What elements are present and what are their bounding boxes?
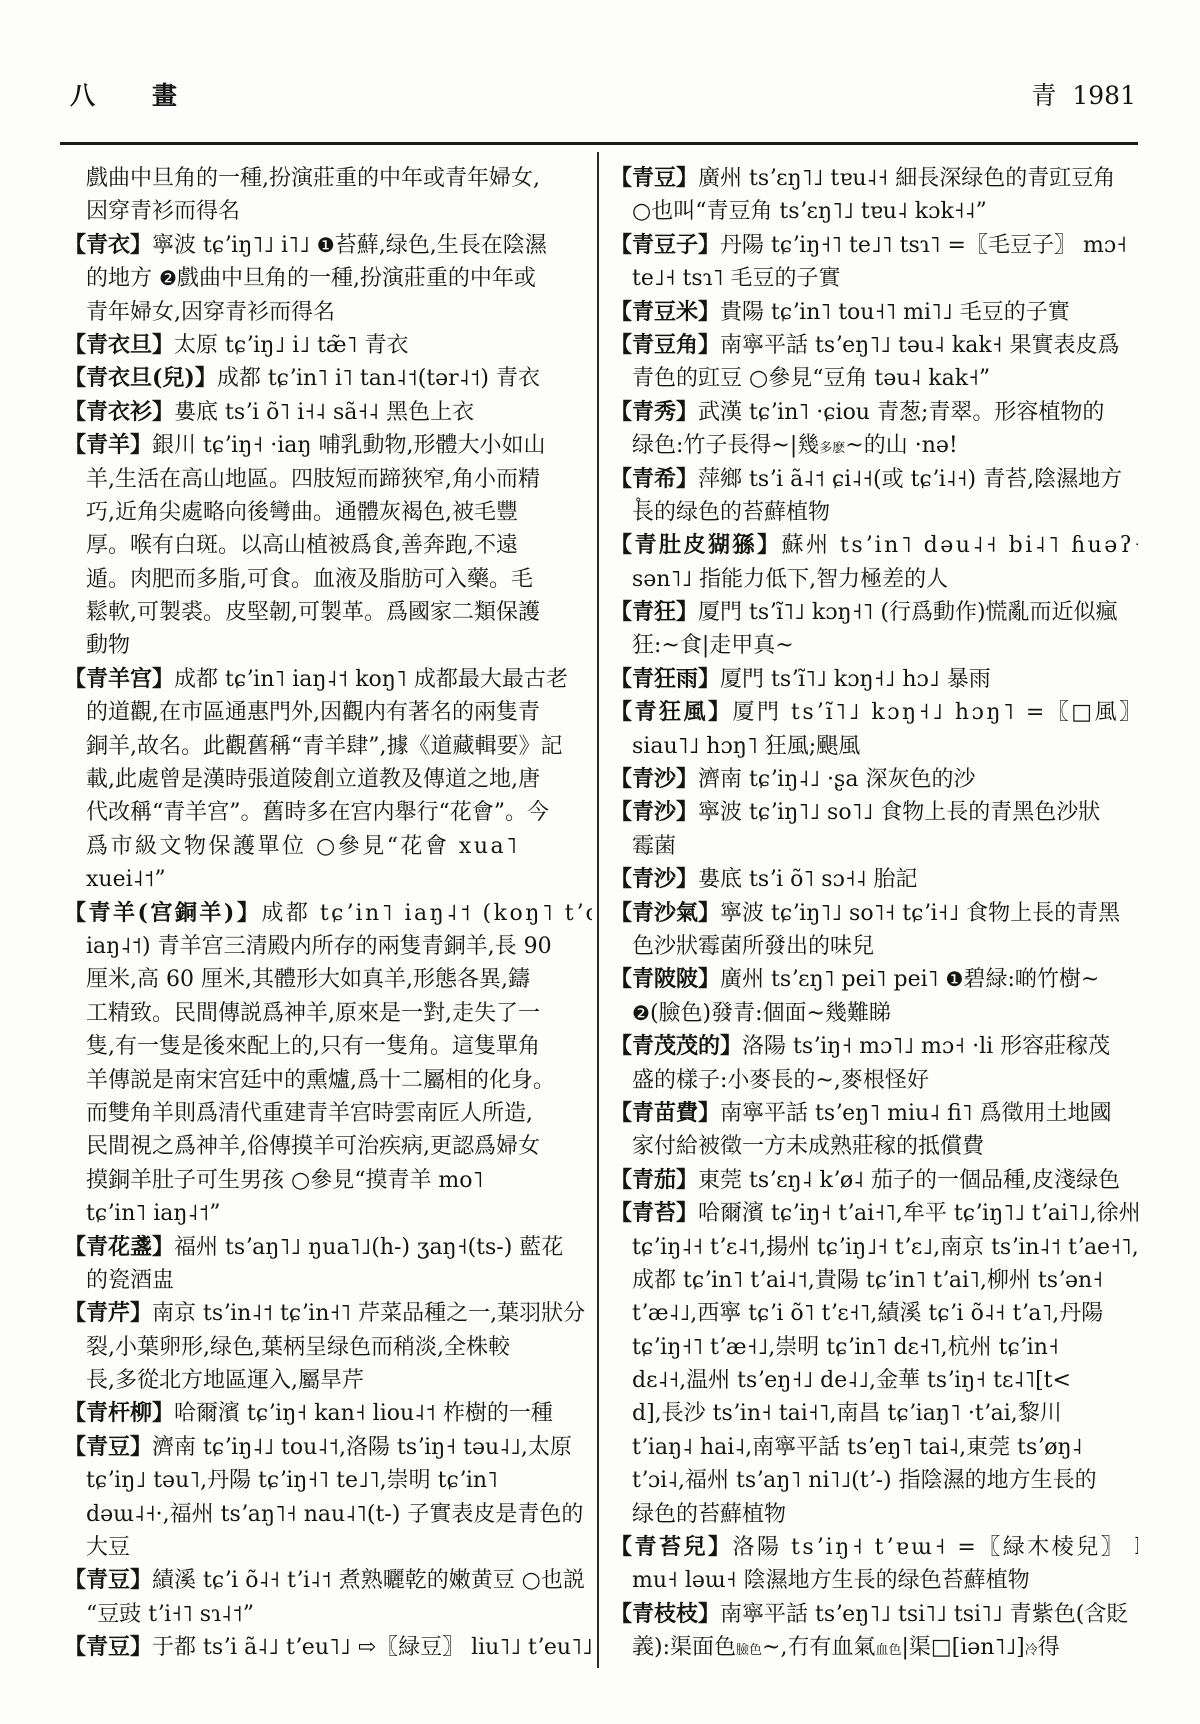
line-text: |渠□[iən˥˩] (901, 1635, 1024, 1660)
dictionary-line: 摸銅羊肚子可生男孩 ○參見“摸青羊 mo˥ (64, 1164, 592, 1197)
line-text: 羊,生活在高山地區。四肢短而蹄狹窄,角小而精 (86, 467, 540, 492)
line-text: xuei˨˦” (86, 867, 166, 892)
line-text: 貴陽 tɕʼin˥ tou˧˥ mi˥˩ 毛豆的子實 (720, 300, 1070, 325)
line-text: dɛ˨˧,温州 tsʼeŋ˧˩ de˨˩,金華 tsʼiŋ˧ tɛ˨˥[t< (632, 1368, 1071, 1393)
line-text: 東莞 tsʼɛŋ˨ kʼø˨ 茄子的一個品種,皮淺绿色 (698, 1168, 1120, 1193)
line-text: 碧緑:啲竹樹~ (963, 967, 1099, 992)
line-text: 厘米,高 60 厘米,其體形大如真羊,形態各異,鑄 (86, 967, 530, 992)
entry-headword: 【青豆】 (64, 1567, 152, 1593)
dictionary-line: 而雙角羊則爲清代重建青羊宫時雲南匠人所造, (64, 1097, 592, 1130)
line-text: 丹陽 tɕʼiŋ˧˥ te˩˥ tsɿ˥ =〖毛豆子〗 mɔ˧ (720, 233, 1127, 258)
dictionary-line: 盛的樣子:小麥長的~,麥根怪好 (610, 1064, 1138, 1097)
line-text: tʼɔi˨,福州 tsʼaŋ˥ ni˥˩(tʼ-) 指陰濕的地方生長的 (632, 1468, 1097, 1493)
line-text: 寧波 tɕʼiŋ˥˩ so˥˩ 食物上長的青黑色沙狀 (698, 800, 1100, 825)
line-text: 民間視之爲神羊,俗傳摸羊可治疾病,更認爲婦女 (86, 1134, 540, 1159)
line-text: 青色的豇豆 ○參見“豆角 təu˨ kak˧” (632, 366, 990, 391)
dictionary-line: 【青衣旦(兒)】成都 tɕʼin˥ i˥ tan˨˦(tər˨˦) 青衣 (64, 362, 592, 395)
line-text: 厚。喉有白斑。以高山植被爲食,善奔跑,不遠 (86, 533, 518, 558)
line-text: dəɯ˨˧·,福州 tsʼaŋ˥˧ nau˨˥(t-) 子實表皮是青色的 (86, 1502, 583, 1527)
line-text: 廣州 tsʼɛŋ˥ pei˥ pei˥ (720, 967, 946, 992)
entry-headword: 【青杆柳】 (64, 1400, 174, 1426)
line-text: 哈爾濱 tɕʼiŋ˧ tʼai˧˥,牟平 tɕʼiŋ˥˩ tʼai˥˩,徐州 (698, 1201, 1138, 1226)
line-text: siau˥˩ hɔŋ˥ 狂風;颶風 (632, 734, 860, 759)
dictionary-line: 的瓷酒盅 (64, 1264, 592, 1297)
sense-number: ❶ (946, 967, 964, 991)
dictionary-line: 【青苗費】南寧平話 tsʼeŋ˥ miu˨ fi˥ 爲徵用土地國 (610, 1097, 1138, 1130)
entry-headword: 【青狂風】 (610, 699, 733, 725)
dictionary-line: 绿色的苔蘚植物 (610, 1498, 1138, 1531)
line-text: 萍鄉 tsʼi ã˨˦ ɕi˨˧(或 tɕʼi˨˧) 青苔,陰濕地方 (698, 467, 1122, 492)
dictionary-line: tɕʼiŋ˧˥ tʼæ˧˩,崇明 tɕʼin˥ dɛ˧˥,杭州 tɕʼin˧ (610, 1331, 1138, 1364)
dictionary-line: 裂,小葉卵形,绿色,葉柄呈绿色而稍淡,全株較 (64, 1331, 592, 1364)
dictionary-line: 【青狂風】厦門 tsʼĩ˥˩ kɔŋ˧˩ hɔŋ˥ =〖□風〗 (610, 696, 1138, 729)
line-text: 色沙狀霉菌所發出的味兒 (632, 934, 874, 959)
entry-headword: 【青茂茂的】 (610, 1033, 742, 1059)
column-divider (597, 152, 599, 1668)
dictionary-line: 【青豆子】丹陽 tɕʼiŋ˧˥ te˩˥ tsɿ˥ =〖毛豆子〗 mɔ˧ (610, 229, 1138, 262)
line-text: 青年婦女,因穿青衫而得名 (86, 300, 335, 325)
line-text: 裂,小葉卵形,绿色,葉柄呈绿色而稍淡,全株較 (86, 1335, 510, 1360)
line-text: 載,此處曾是漢時張道陵創立道教及傳道之地,唐 (86, 767, 540, 792)
line-text: 摸銅羊肚子可生男孩 ○參見“摸青羊 mo˥ (86, 1168, 483, 1193)
dictionary-line: 【青茂茂的】洛陽 tsʼiŋ˧ mɔ˥˩ mɔ˧ ·li 形容莊稼茂 (610, 1030, 1138, 1063)
sense-number: ❷ (632, 1001, 650, 1025)
dictionary-line: 羊,生活在高山地區。四肢短而蹄狹窄,角小而精 (64, 463, 592, 496)
line-text: 大豆 (86, 1535, 130, 1560)
line-text: 盛的樣子:小麥長的~,麥根怪好 (632, 1068, 929, 1093)
entry-headword: 【青苗費】 (610, 1100, 720, 1126)
entry-headword: 【青花盞】 (64, 1234, 174, 1260)
line-text: 濟南 tɕʼiŋ˨˩ ·ʂa 深灰色的沙 (698, 767, 975, 792)
line-text: 厦門 tsʼĩ˥˩ kɔŋ˧˩ hɔŋ˥ =〖□風〗 (733, 700, 1138, 725)
line-text: 婁底 tsʼi õ˥ sɔ˧˨ 胎記 (698, 867, 918, 892)
dictionary-line: 因穿青衫而得名 (64, 195, 592, 228)
dictionary-line: dəɯ˨˧·,福州 tsʼaŋ˥˧ nau˨˥(t-) 子實表皮是青色的 (64, 1498, 592, 1531)
small-gloss: 多麽 (819, 441, 845, 456)
entry-headword: 【青肚皮猢猻】 (610, 532, 782, 558)
entry-headword: 【青衣衫】 (64, 399, 174, 425)
line-text: 爲市級文物保護單位 ○參見“花會 xua˥ (86, 834, 519, 859)
small-gloss: 血色 (875, 1643, 901, 1658)
dictionary-line: 绿色:竹子長得~|幾多麽~的山 ·nə! (610, 429, 1138, 462)
line-text: 工精致。民間傳説爲神羊,原來是一對,走失了一 (86, 1001, 540, 1026)
dictionary-line: 青色的豇豆 ○參見“豆角 təu˨ kak˧” (610, 362, 1138, 395)
line-text: (臉色)發青:個面~幾難睇 (650, 1001, 891, 1026)
dictionary-line: 【青豆】績溪 tɕʼi õ˨˧ tʼi˨˦ 煮熟曬乾的嫩黄豆 ○也説 (64, 1564, 592, 1597)
dictionary-line: 義):渠面色臉色~,冇有血氣血色|渠□[iən˥˩]冷得 (610, 1631, 1138, 1664)
entry-headword: 【青豆子】 (610, 232, 720, 258)
line-text: ~的山 ·nə! (845, 433, 957, 458)
line-text: 福州 tsʼaŋ˥˩ ŋua˥˩(h-) ʒaŋ˧(ts-) 藍花 (174, 1235, 563, 1260)
line-text: ~,冇有血氣 (762, 1635, 875, 1660)
dictionary-line: 巧,近角尖處略向後彎曲。通體灰褐色,被毛豐 (64, 496, 592, 529)
dictionary-line: d],長沙 tsʼin˧ tai˧˥,南昌 tɕʼiaŋ˥ ·tʼai,黎川 (610, 1397, 1138, 1430)
line-text: sən˥˩ 指能力低下,智力極差的人 (632, 567, 948, 592)
line-text: 成都 tɕʼin˥ tʼai˨˦,貴陽 tɕʼin˥ tʼai˥,柳州 tsʼə… (632, 1268, 1103, 1293)
dictionary-line: 【青豆】于都 tsʼi ã˨˩ tʼeu˥˩ ⇨〖緑豆〗 liu˥˩ tʼeu˥… (64, 1631, 592, 1664)
line-text: 婁底 tsʼi õ˥ i˧˨ sã˧˨ 黑色上衣 (174, 400, 474, 425)
dictionary-line: 載,此處曾是漢時張道陵創立道教及傳道之地,唐 (64, 763, 592, 796)
entry-headword: 【青狂】 (610, 599, 698, 625)
dictionary-line: 【青沙】婁底 tsʼi õ˥ sɔ˧˨ 胎記 (610, 863, 1138, 896)
line-text: 動物 (86, 633, 130, 658)
dictionary-line: 【青狂雨】厦門 tsʼĩ˥˩ kɔŋ˧˩ hɔ˩ 暴雨 (610, 663, 1138, 696)
header-rule (60, 142, 1138, 145)
entry-headword: 【青衣】 (64, 232, 152, 258)
line-text: 濟南 tɕʼiŋ˨˩ tou˨˦,洛陽 tsʼiŋ˧ təu˨˩,太原 (152, 1435, 572, 1460)
dictionary-line: 【青豆】廣州 tsʼɛŋ˥˩ tɐu˨˧ 細長深绿色的青豇豆角 (610, 162, 1138, 195)
dictionary-line: 的道觀,在市區通惠門外,因觀内有著名的兩隻青 (64, 696, 592, 729)
entry-headword: 【青狂雨】 (610, 666, 720, 692)
entry-headword: 【青枝枝】 (610, 1601, 720, 1627)
line-text: 南寧平話 tsʼeŋ˥ miu˨ fi˥ 爲徵用土地國 (720, 1101, 1112, 1126)
dictionary-line: 成都 tɕʼin˥ tʼai˨˦,貴陽 tɕʼin˥ tʼai˥,柳州 tsʼə… (610, 1264, 1138, 1297)
entry-headword: 【青豆】 (64, 1634, 152, 1660)
line-text: 寧波 tɕʼiŋ˥˩ so˥˧ tɕʼi˧˩ 食物上長的青黑 (720, 901, 1120, 926)
line-text: 成都 tɕʼin˥ i˥ tan˨˦(tər˨˦) 青衣 (217, 366, 540, 391)
line-text: 苔蘚,绿色,生長在陰濕 (335, 233, 547, 258)
dictionary-line: tʼæ˨˩,西寧 tɕʼi õ˥ tʼɛ˧˥,績溪 tɕʼi õ˨˧ tʼa˥,… (610, 1297, 1138, 1330)
line-text: 绿色的苔蘚植物 (632, 1502, 786, 1527)
line-text: 哈爾濱 tɕʼiŋ˧ kan˧ liou˨˦ 柞樹的一種 (174, 1401, 553, 1426)
entry-headword: 【青沙】 (610, 866, 698, 892)
entry-headword: 【青豆角】 (610, 332, 720, 358)
line-text: 的道觀,在市區通惠門外,因觀内有著名的兩隻青 (86, 700, 540, 725)
entry-headword: 【青陂陂】 (610, 966, 720, 992)
line-text: 寧波 tɕʼiŋ˥˩ i˥˩ (152, 233, 317, 258)
dictionary-line: 【青肚皮猢猻】蘇州 tsʼin˥ dəu˨˧ bi˨˥ ɦuəʔ˧˨ (610, 529, 1138, 562)
line-text: tʼiaŋ˨ hai˨,南寧平話 tsʼeŋ˥ tai˨,東莞 tsʼøŋ˨ (632, 1435, 1083, 1460)
line-text: 成都 tɕʼin˥ iaŋ˨˦ koŋ˥ 成都最大最古老 (174, 667, 568, 692)
dictionary-line: 【青羊宫】成都 tɕʼin˥ iaŋ˨˦ koŋ˥ 成都最大最古老 (64, 663, 592, 696)
dictionary-line: tɕʼiŋ˩ təu˥,丹陽 tɕʼiŋ˧˥ te˩˥,崇明 tɕʼin˥ (64, 1464, 592, 1497)
left-column: 戲曲中旦角的一種,扮演莊重的中年或青年婦女,因穿青衫而得名【青衣】寧波 tɕʼi… (64, 162, 592, 1665)
line-text: 家付給被徵一方未成熟莊稼的抵償費 (632, 1134, 984, 1159)
dictionary-line: 長,多從北方地區運入,屬旱芹 (64, 1364, 592, 1397)
line-text: tɕʼin˥ iaŋ˨˦” (86, 1201, 220, 1226)
dictionary-line: iaŋ˨˦) 青羊宫三清殿内所存的兩隻青銅羊,長 90 (64, 930, 592, 963)
dictionary-line: 【青羊(宫銅羊)】成都 tɕʼin˥ iaŋ˨˦ (koŋ˥ tʼoŋ˨˦ (64, 897, 592, 930)
dictionary-line: 【青杆柳】哈爾濱 tɕʼiŋ˧ kan˧ liou˨˦ 柞樹的一種 (64, 1397, 592, 1430)
dictionary-line: dɛ˨˧,温州 tsʼeŋ˧˩ de˨˩,金華 tsʼiŋ˧ tɛ˨˥[t< (610, 1364, 1138, 1397)
entry-headword: 【青芹】 (64, 1300, 152, 1326)
dictionary-line: 狂:~食|走甲真~ (610, 629, 1138, 662)
line-text: 成都 tɕʼin˥ iaŋ˨˦ (koŋ˥ tʼoŋ˨˦ (261, 901, 592, 926)
dictionary-line: 【青沙】濟南 tɕʼiŋ˨˩ ·ʂa 深灰色的沙 (610, 763, 1138, 796)
line-text: 廣州 tsʼɛŋ˥˩ tɐu˨˧ 細長深绿色的青豇豆角 (698, 166, 1115, 191)
line-text: 绿色:竹子長得~|幾 (632, 433, 819, 458)
small-gloss: 冷 (1025, 1643, 1038, 1658)
dictionary-line: 【青豆】濟南 tɕʼiŋ˨˩ tou˨˦,洛陽 tsʼiŋ˧ təu˨˩,太原 (64, 1431, 592, 1464)
dictionary-line: 【青衣】寧波 tɕʼiŋ˥˩ i˥˩ ❶苔蘚,绿色,生長在陰濕 (64, 229, 592, 262)
dictionary-line: 的地方 ❷戲曲中旦角的一種,扮演莊重的中年或 (64, 262, 592, 295)
line-text: 長,多從北方地區運入,屬旱芹 (86, 1368, 364, 1393)
dictionary-line: 【青羊】銀川 tɕʼiŋ˧ ·iaŋ 哺乳動物,形體大小如山 (64, 429, 592, 462)
dictionary-line: 【青陂陂】廣州 tsʼɛŋ˥ pei˥ pei˥ ❶碧緑:啲竹樹~ (610, 963, 1138, 996)
entry-headword: 【青沙】 (610, 766, 698, 792)
dictionary-line: tɕʼiŋ˨˧ tʼɛ˨˦,揚州 tɕʼiŋ˩˧ tʼɛ˩,南京 tsʼin˨˦… (610, 1231, 1138, 1264)
dictionary-line: 【青茄】東莞 tsʼɛŋ˨ kʼø˨ 茄子的一個品種,皮淺绿色 (610, 1164, 1138, 1197)
dictionary-line: 民間視之爲神羊,俗傳摸羊可治疾病,更認爲婦女 (64, 1130, 592, 1163)
line-text: 的地方 (86, 266, 159, 291)
entry-headword: 【青沙】 (610, 799, 698, 825)
dictionary-line: 銅羊,故名。此觀舊稱“青羊肆”,據《道藏輯要》記 (64, 730, 592, 763)
dictionary-line: ○也叫“青豆角 tsʼɛŋ˥˩ tɐu˨ kɔk˧˨” (610, 195, 1138, 228)
dictionary-line: 【青花盞】福州 tsʼaŋ˥˩ ŋua˥˩(h-) ʒaŋ˧(ts-) 藍花 (64, 1231, 592, 1264)
line-text: 厦門 tsʼĩ˥˩ kɔŋ˧˥ (行爲動作)慌亂而近似瘋 (698, 600, 1118, 625)
line-text: mu˧ ləɯ˧ 陰濕地方生長的绿色苔蘚植物 (632, 1568, 1030, 1593)
line-text: 洛陽 tsʼiŋ˧ tʼɐɯ˧ =〖緑木棱兒〗 lu˧ (733, 1535, 1138, 1560)
line-text: 戲曲中旦角的一種,扮演莊重的中年或青年婦女, (86, 166, 540, 191)
dictionary-line: 動物 (64, 629, 592, 662)
dictionary-line: mu˧ ləɯ˧ 陰濕地方生長的绿色苔蘚植物 (610, 1564, 1138, 1597)
small-gloss: 臉色 (736, 1643, 762, 1658)
dictionary-line: siau˥˩ hɔŋ˥ 狂風;颶風 (610, 730, 1138, 763)
dictionary-line: 【青衣旦】太原 tɕʼiŋ˩ i˩ tæ̃˥ 青衣 (64, 329, 592, 362)
entry-headword: 【青苔兒】 (610, 1534, 733, 1560)
page-header: 八 畫 青1981 (70, 76, 1136, 116)
sense-number: ❷ (159, 266, 177, 290)
line-text: 巧,近角尖處略向後彎曲。通體灰褐色,被毛豐 (86, 500, 518, 525)
sense-number: ❶ (317, 233, 335, 257)
dictionary-line: 工精致。民間傳説爲神羊,原來是一對,走失了一 (64, 997, 592, 1030)
dictionary-line: 家付給被徵一方未成熟莊稼的抵償費 (610, 1130, 1138, 1163)
line-text: 南京 tsʼin˨˦ tɕʼin˧˥ 芹菜品種之一,葉羽狀分 (152, 1301, 585, 1326)
entry-headword: 【青羊(宫銅羊)】 (64, 900, 261, 926)
line-text: 因穿青衫而得名 (86, 199, 240, 224)
entry-headword: 【青希】 (610, 466, 698, 492)
line-text: d],長沙 tsʼin˧ tai˧˥,南昌 tɕʼiaŋ˥ ·tʼai,黎川 (632, 1401, 1062, 1426)
line-text: 太原 tɕʼiŋ˩ i˩ tæ̃˥ 青衣 (174, 333, 408, 358)
dictionary-line: 【青秀】武漢 tɕʼin˥ ·ɕiou 青葱;青翠。形容植物的 (610, 396, 1138, 429)
line-text: 羊傳説是南宋宫廷中的熏爐,爲十二屬相的化身。 (86, 1068, 555, 1093)
entry-headword: 【青豆米】 (610, 299, 720, 325)
line-text: tɕʼiŋ˩ təu˥,丹陽 tɕʼiŋ˧˥ te˩˥,崇明 tɕʼin˥ (86, 1468, 498, 1493)
line-text: 南寧平話 tsʼeŋ˥˩ təu˨ kak˧ 果實表皮爲 (720, 333, 1120, 358)
dictionary-line: xuei˨˦” (64, 863, 592, 896)
line-text: tɕʼiŋ˨˧ tʼɛ˨˦,揚州 tɕʼiŋ˩˧ tʼɛ˩,南京 tsʼin˨˦… (632, 1235, 1138, 1260)
dictionary-line: tɕʼin˥ iaŋ˨˦” (64, 1197, 592, 1230)
dictionary-line: 【青沙】寧波 tɕʼiŋ˥˩ so˥˩ 食物上長的青黑色沙狀 (610, 796, 1138, 829)
right-column: 【青豆】廣州 tsʼɛŋ˥˩ tɐu˨˧ 細長深绿色的青豇豆角○也叫“青豆角 t… (610, 162, 1138, 1665)
line-text: 遁。肉肥而多脂,可食。血液及脂肪可入藥。毛 (86, 567, 533, 592)
line-text: 于都 tsʼi ã˨˩ tʼeu˥˩ ⇨〖緑豆〗 liu˥˩ tʼeu˥˩ (152, 1635, 592, 1660)
dictionary-line: 【青豆角】南寧平話 tsʼeŋ˥˩ təu˨ kak˧ 果實表皮爲 (610, 329, 1138, 362)
dictionary-line: tʼɔi˨,福州 tsʼaŋ˥ ni˥˩(tʼ-) 指陰濕的地方生長的 (610, 1464, 1138, 1497)
dictionary-line: 爲市級文物保護單位 ○參見“花會 xua˥ (64, 830, 592, 863)
line-text: 武漢 tɕʼin˥ ·ɕiou 青葱;青翠。形容植物的 (698, 400, 1104, 425)
dictionary-line: 厚。喉有白斑。以高山植被爲食,善奔跑,不遠 (64, 529, 592, 562)
line-text: 南寧平話 tsʼeŋ˥˩ tsi˥˩ tsi˥˩ 青紫色(含貶 (720, 1602, 1128, 1627)
dictionary-line: 【青豆米】貴陽 tɕʼin˥ tou˧˥ mi˥˩ 毛豆的子實 (610, 296, 1138, 329)
dictionary-line: 色沙狀霉菌所發出的味兒 (610, 930, 1138, 963)
line-text: 鬆軟,可製裘。皮堅韌,可製革。爲國家二類保護 (86, 600, 540, 625)
entry-headword: 【青茄】 (610, 1167, 698, 1193)
dictionary-line: 【青沙氣】寧波 tɕʼiŋ˥˩ so˥˧ tɕʼi˧˩ 食物上長的青黑 (610, 897, 1138, 930)
entry-headword: 【青豆】 (610, 165, 698, 191)
dictionary-line: 厘米,高 60 厘米,其體形大如真羊,形態各異,鑄 (64, 963, 592, 996)
line-text: 義):渠面色 (632, 1635, 736, 1660)
dictionary-line: te˩˧ tsɿ˥ 毛豆的子實 (610, 262, 1138, 295)
dictionary-line: 鬆軟,可製裘。皮堅韌,可製革。爲國家二類保護 (64, 596, 592, 629)
line-text: 得 (1038, 1635, 1060, 1660)
entry-headword: 【青豆】 (64, 1434, 152, 1460)
entry-headword: 【青衣旦(兒)】 (64, 365, 217, 391)
page-number: 1981 (1072, 81, 1136, 110)
dictionary-line: 隻,有一隻是後來配上的,只有一隻角。這隻單角 (64, 1030, 592, 1063)
line-text: 隻,有一隻是後來配上的,只有一隻角。這隻單角 (86, 1034, 540, 1059)
entry-headword: 【青羊】 (64, 432, 152, 458)
dictionary-line: 羊傳説是南宋宫廷中的熏爐,爲十二屬相的化身。 (64, 1064, 592, 1097)
line-text: 的瓷酒盅 (86, 1268, 174, 1293)
line-text: 而雙角羊則爲清代重建青羊宫時雲南匠人所造, (86, 1101, 533, 1126)
entry-headword: 【青沙氣】 (610, 900, 720, 926)
line-text: 霉菌 (632, 834, 676, 859)
line-text: tɕʼiŋ˧˥ tʼæ˧˩,崇明 tɕʼin˥ dɛ˧˥,杭州 tɕʼin˧ (632, 1335, 1059, 1360)
entry-headword: 【青秀】 (610, 399, 698, 425)
line-text: 狂:~食|走甲真~ (632, 633, 794, 658)
radical-stroke-section-label: 八 畫 (70, 81, 193, 110)
line-text: te˩˧ tsɿ˥ 毛豆的子實 (632, 266, 841, 291)
line-text: iaŋ˨˦) 青羊宫三清殿内所存的兩隻青銅羊,長 90 (86, 934, 552, 959)
line-text: “豆豉 tʼi˧˥ sɿ˨˦” (86, 1602, 254, 1627)
dictionary-line: tʼiaŋ˨ hai˨,南寧平話 tsʼeŋ˥ tai˨,東莞 tsʼøŋ˨ (610, 1431, 1138, 1464)
line-text: 代改稱“青羊宫”。舊時多在宫内舉行“花會”。今 (86, 800, 549, 825)
page-header-right: 青1981 (1031, 76, 1136, 112)
dictionary-line: 【青苔】哈爾濱 tɕʼiŋ˧ tʼai˧˥,牟平 tɕʼiŋ˥˩ tʼai˥˩,… (610, 1197, 1138, 1230)
dictionary-line: 【青衣衫】婁底 tsʼi õ˥ i˧˨ sã˧˨ 黑色上衣 (64, 396, 592, 429)
dictionary-line: “豆豉 tʼi˧˥ sɿ˨˦” (64, 1598, 592, 1631)
dictionary-line: 遁。肉肥而多脂,可食。血液及脂肪可入藥。毛 (64, 563, 592, 596)
guide-character: 青 (1031, 81, 1056, 110)
line-text: 戲曲中旦角的一種,扮演莊重的中年或 (177, 266, 536, 291)
dictionary-line: °長的绿色的苔蘚植物 (610, 496, 1138, 529)
line-text: 洛陽 tsʼiŋ˧ mɔ˥˩ mɔ˧ ·li 形容莊稼茂 (742, 1034, 1110, 1059)
dictionary-line: sən˥˩ 指能力低下,智力極差的人 (610, 563, 1138, 596)
dictionary-line: 【青希】萍鄉 tsʼi ã˨˦ ɕi˨˧(或 tɕʼi˨˧) 青苔,陰濕地方 (610, 463, 1138, 496)
line-text: tʼæ˨˩,西寧 tɕʼi õ˥ tʼɛ˧˥,績溪 tɕʼi õ˨˧ tʼa˥,… (632, 1301, 1103, 1326)
line-text: 蘇州 tsʼin˥ dəu˨˧ bi˨˥ ɦuəʔ˧˨ (782, 533, 1138, 558)
entry-headword: 【青羊宫】 (64, 666, 174, 692)
dictionary-page: 八 畫 青1981 戲曲中旦角的一種,扮演莊重的中年或青年婦女,因穿青衫而得名【… (0, 0, 1200, 1724)
line-text: 厦門 tsʼĩ˥˩ kɔŋ˧˩ hɔ˩ 暴雨 (720, 667, 991, 692)
dictionary-line: ❷(臉色)發青:個面~幾難睇 (610, 997, 1138, 1030)
line-text: 銅羊,故名。此觀舊稱“青羊肆”,據《道藏輯要》記 (86, 734, 562, 759)
entry-headword: 【青苔】 (610, 1200, 698, 1226)
dictionary-line: 霉菌 (610, 830, 1138, 863)
dictionary-line: 青年婦女,因穿青衫而得名 (64, 296, 592, 329)
line-text: 績溪 tɕʼi õ˨˧ tʼi˨˦ 煮熟曬乾的嫩黄豆 ○也説 (152, 1568, 585, 1593)
dictionary-line: 戲曲中旦角的一種,扮演莊重的中年或青年婦女, (64, 162, 592, 195)
dictionary-line: 大豆 (64, 1531, 592, 1564)
line-text: ○也叫“青豆角 tsʼɛŋ˥˩ tɐu˨ kɔk˧˨” (632, 199, 987, 224)
dictionary-line: 【青狂】厦門 tsʼĩ˥˩ kɔŋ˧˥ (行爲動作)慌亂而近似瘋 (610, 596, 1138, 629)
dictionary-line: 【青苔兒】洛陽 tsʼiŋ˧ tʼɐɯ˧ =〖緑木棱兒〗 lu˧ (610, 1531, 1138, 1564)
line-text: 長的绿色的苔蘚植物 (632, 500, 830, 525)
entry-headword: 【青衣旦】 (64, 332, 174, 358)
line-text: 銀川 tɕʼiŋ˧ ·iaŋ 哺乳動物,形體大小如山 (152, 433, 546, 458)
dictionary-line: 【青枝枝】南寧平話 tsʼeŋ˥˩ tsi˥˩ tsi˥˩ 青紫色(含貶 (610, 1598, 1138, 1631)
dictionary-line: 代改稱“青羊宫”。舊時多在宫内舉行“花會”。今 (64, 796, 592, 829)
dictionary-line: 【青芹】南京 tsʼin˨˦ tɕʼin˧˥ 芹菜品種之一,葉羽狀分 (64, 1297, 592, 1330)
